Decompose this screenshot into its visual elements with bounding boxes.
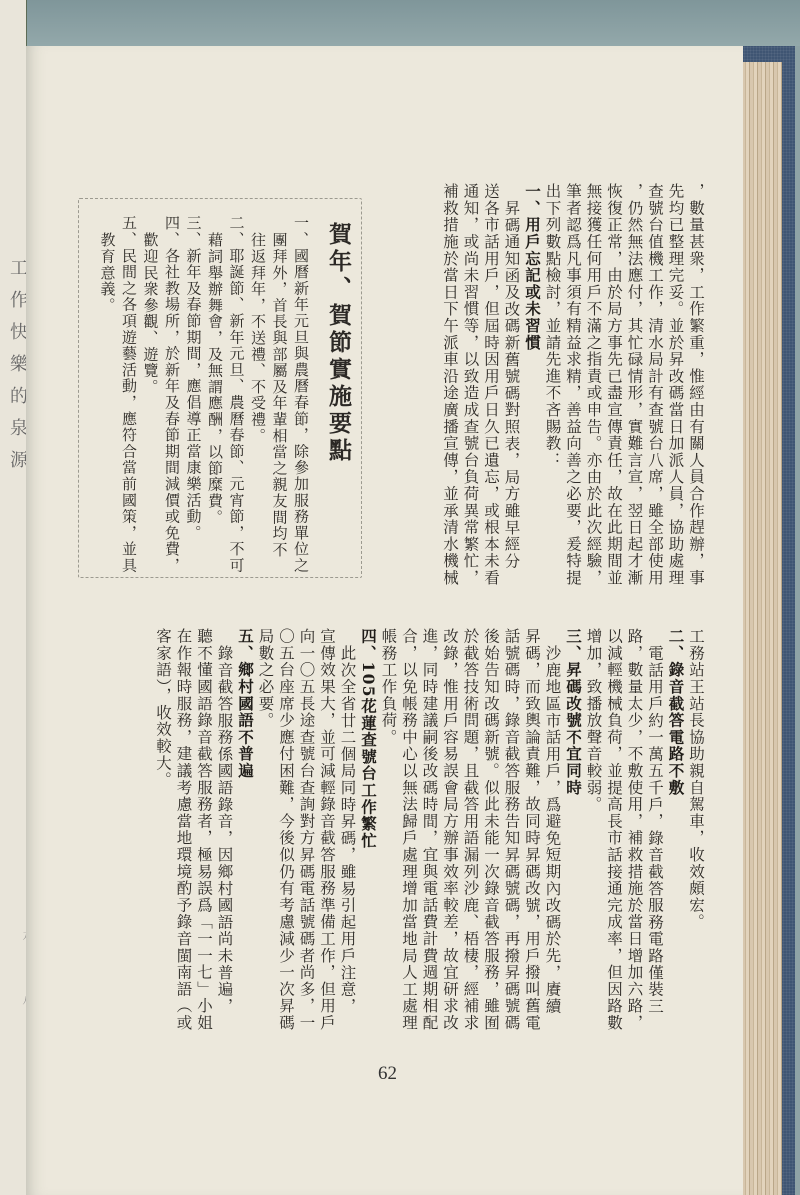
- text-column: 局數之必要。: [255, 628, 276, 1048]
- text-column: 在作報時服務，建議考慮當地環境酌予錄音閩南語（或: [173, 628, 194, 1048]
- section-heading: 二、錄音截答電路不敷: [665, 628, 686, 1048]
- text-column: 〇五台座席少應付困難，今後似仍有考慮減少一次昇碼: [276, 628, 297, 1048]
- text-column: 沙鹿地區市話用戶，爲避免短期內改碼於先，賡續: [542, 628, 563, 1048]
- text-column: 工務站王站長協助親自駕車，收效頗宏。: [686, 628, 707, 1048]
- text-column: 宣傳效果大，並可減輕錄音截答服務準備工作，但用戶: [317, 628, 338, 1048]
- text-column: 進，同時建議嗣後改碼時間，宜與電話費計費週期相配: [419, 628, 440, 1048]
- text-column: 恢復正常，由於局方事先已盡宣傳責任，故在此期間並: [604, 183, 625, 603]
- text-column: 增加，致播放聲音較弱。: [583, 628, 604, 1048]
- section-heading: 三、昇碼改號不宜同時: [563, 628, 584, 1048]
- notice-text-block: 一、國曆新年元旦與農曆春節，除參加服務單位之 團拜外，首長與部屬及年輩相當之親友…: [96, 215, 311, 575]
- text-column: 向一〇五長途查號台查詢對方昇碼電話號碼者尚多，一: [296, 628, 317, 1048]
- text-column: 通知，或尚未習慣等，以致造成查號台負荷異常繁忙，: [460, 183, 481, 603]
- lower-text-block: 工務站王站長協助親自駕車，收效頗宏。 二、錄音截答電路不敷 電話用戶約一萬五千戶…: [153, 628, 707, 1048]
- notice-item-cont: 往返拜年，不送禮、不受禮。: [247, 215, 269, 575]
- text-column: 話號碼時，錄音截答服務告知昇碼號碼，再撥昇碼號碼: [501, 628, 522, 1048]
- notice-item-cont: 團拜外，首長與部屬及年輩相當之親友間均不: [268, 215, 290, 575]
- notice-item: 四、各社教場所，於新年及春節期間減價或免費，: [161, 215, 183, 575]
- text-column: 電話用戶約一萬五千戶，錄音截答服務電路僅裝三: [645, 628, 666, 1048]
- text-column: 帳務工作負荷。: [378, 628, 399, 1048]
- notice-item-cont: 歡迎民衆參觀、遊覽。: [139, 215, 161, 575]
- section-heading: 一、用戶忘記或未習慣: [522, 183, 543, 603]
- notice-item: 三、新年及春節期間，應倡導正當康樂活動。: [182, 215, 204, 575]
- section-heading: 四、105花蓮查號台工作繁忙: [358, 628, 379, 1048]
- text-column: 出下列數點檢討，並請先進不吝賜教：: [542, 183, 563, 603]
- section-heading: 五、鄉村國語不普遍: [235, 628, 256, 1048]
- previous-page-edge: 工作快樂的泉源 九 八: [0, 0, 27, 1195]
- text-column: 昇碼通知函及改碼新舊號碼對照表，局方雖早經分: [501, 183, 522, 603]
- scan-backdrop: [0, 0, 800, 46]
- text-column: 後始告知改碼新號。似此未能一次錄音截答服務，雖囿: [481, 628, 502, 1048]
- text-column: 無接獲任何用戶不滿之指責或申告。亦由於此次經驗，: [583, 183, 604, 603]
- text-column: 客家語），收效較大。: [153, 628, 174, 1048]
- notice-item-cont: 藉詞舉辦舞會，及無謂應酬，以節糜費。: [204, 215, 226, 575]
- text-column: ，仍然無法應付，其忙碌情形，實難言宣，翌日起才漸: [624, 183, 645, 603]
- text-column: ，數量甚衆，工作繁重，惟經由有關人員合作趕辦，事: [686, 183, 707, 603]
- text-column: 此次全省廿二個局同時昇碼，雖易引起用戶注意，: [337, 628, 358, 1048]
- text-column: 昇碼，而致輿論責難，故同時昇碼改號，用戶撥叫舊電: [522, 628, 543, 1048]
- text-column: 查號台值機工作，清水局計有查號台八席，雖全部使用: [645, 183, 666, 603]
- text-column: 先均已整理完妥。並於昇改碼當日加派人員，協助處理: [665, 183, 686, 603]
- text-column: 合，以免帳務中心以無法歸戶處理增加當地局人工處理: [399, 628, 420, 1048]
- notice-item-cont: 教育意義。: [96, 215, 118, 575]
- notice-item: 五、民間之各項遊藝活動，應符合當前國策，並具: [118, 215, 140, 575]
- text-column: 以減輕機械負荷，並提高長市話接通完成率，但因路數: [604, 628, 625, 1048]
- text-column: 改錄，惟用戶容易誤會局方辦事效率較差，故宜研求改: [440, 628, 461, 1048]
- notice-item: 一、國曆新年元旦與農曆春節，除參加服務單位之: [290, 215, 312, 575]
- notice-item: 二、耶誕節、新年元旦、農曆春節、元宵節，不可: [225, 215, 247, 575]
- text-column: 於截答技術問題，且截答用語漏列沙鹿、梧棲，經補求: [460, 628, 481, 1048]
- notice-title: 賀年、賀節實施要點: [322, 222, 355, 465]
- text-column: 送各市話用戶，但屆時因用戶日久已遺忘，或根本未看: [481, 183, 502, 603]
- text-column: 錄音截答服務係國語錄音，因鄉村國語尚未普遍，: [214, 628, 235, 1048]
- page-number: 62: [378, 1063, 397, 1085]
- upper-text-block: ，數量甚衆，工作繁重，惟經由有關人員合作趕辦，事 先均已整理完妥。並於昇改碼當日…: [440, 183, 707, 603]
- text-column: 補救措施於當日下午派車沿途廣播宣傳，並承清水機械: [440, 183, 461, 603]
- text-column: 聽不懂國語錄音截答服務者，極易誤爲「一一七」小姐: [194, 628, 215, 1048]
- text-column: 路，數量太少，不敷使用，補救措施於當日增加六路，: [624, 628, 645, 1048]
- text-column: 筆者認爲凡事須有精益求精，善益向善之必要，爰特提: [563, 183, 584, 603]
- book-page-edges: [742, 62, 782, 1195]
